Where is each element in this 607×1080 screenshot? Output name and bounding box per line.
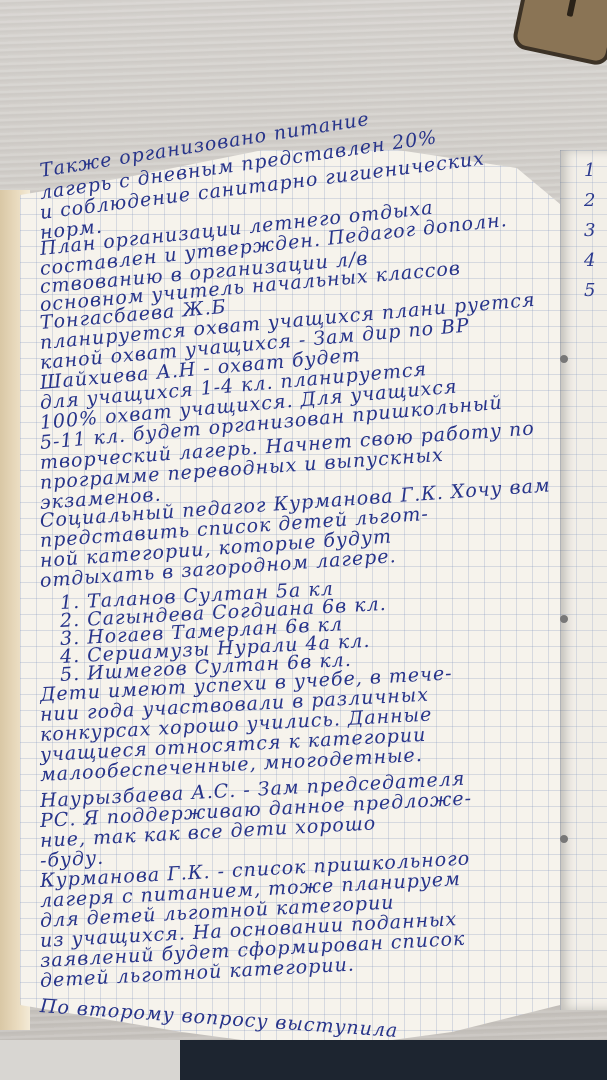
right-page-line: 2 [584, 190, 595, 211]
background-surface [0, 1040, 180, 1080]
right-page-line: 1 [584, 160, 595, 181]
notebook-ring [560, 615, 568, 623]
notebook-right-page: 1 2 3 4 5 [560, 150, 607, 1010]
notebook-ring [560, 835, 568, 843]
right-page-line: 5 [584, 280, 595, 301]
dark-background [180, 1040, 607, 1080]
right-page-line: 3 [584, 220, 595, 241]
right-page-line: 4 [584, 250, 595, 271]
slot [567, 0, 577, 17]
notebook-ring [560, 355, 568, 363]
